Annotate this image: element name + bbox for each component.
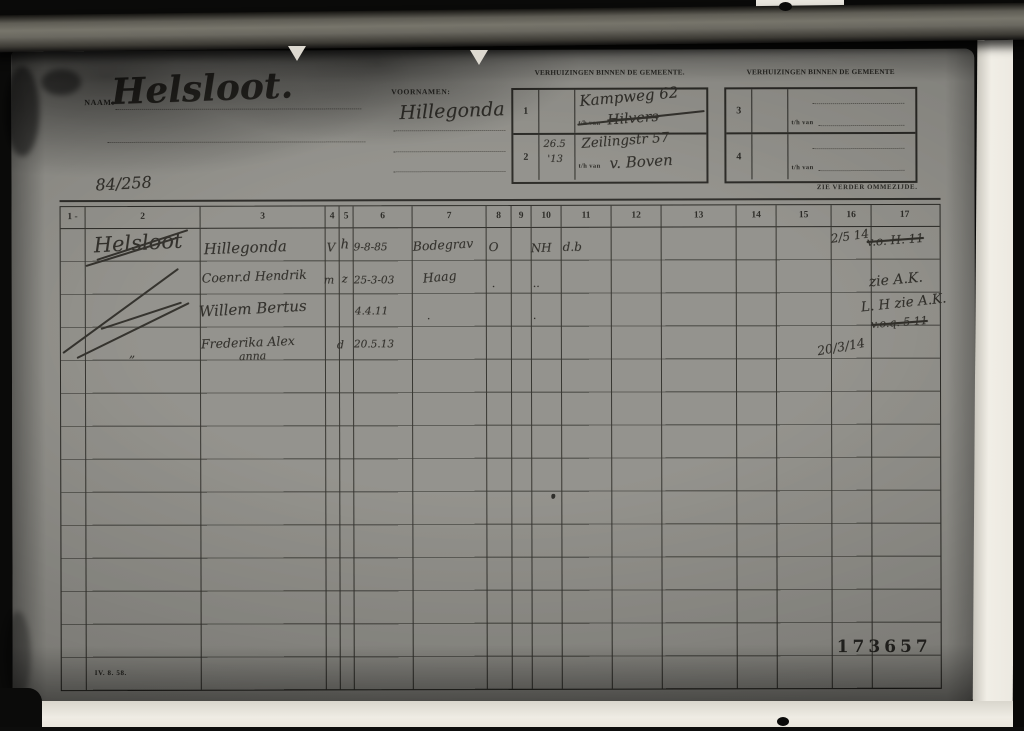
punch-dot-bottom: [777, 717, 789, 726]
birthdate-handwritten: 25-3-03: [354, 275, 395, 286]
table-grid-lines: [61, 227, 941, 690]
th-van-label: t/h van: [578, 163, 600, 170]
voornamen-handwritten: Hillegonda: [399, 100, 505, 123]
verhuizing-row-number: 4: [726, 134, 752, 179]
paper-tear: [470, 50, 488, 65]
ditto-mark: .: [427, 310, 431, 321]
blank-line: [812, 103, 904, 104]
firstname-continued-handwritten: anna: [239, 350, 267, 362]
verhuizingen-right-box: 3 t/h van 4 t/h van: [724, 87, 917, 184]
ditto-mark: .: [492, 278, 496, 289]
table-header-row: 1 - 2 3 4 5 6 7 8 9 10 11 12 13 14 15 16…: [61, 205, 940, 229]
column-header: 9: [512, 206, 532, 227]
voornamen-ruled-line: [393, 130, 505, 131]
verhuizing-date-cell: [752, 89, 788, 132]
verhuizing-entry-cell: t/h van: [788, 134, 915, 179]
verhuizing-row-2: 2 26.5 '13 Zeilingstr 57 t/h van v. Bove…: [513, 134, 706, 180]
blank-line: [812, 148, 904, 149]
column-header: 16: [832, 205, 872, 226]
ditto-mark: .: [533, 310, 537, 321]
column-header: 2: [86, 207, 201, 228]
scan-artifact: [5, 66, 39, 156]
form-code: IV. 8. 58.: [95, 669, 127, 677]
blank-line: [818, 170, 904, 171]
voornamen-ruled-line: [393, 151, 505, 152]
firstname-handwritten: Hillegonda: [203, 239, 287, 257]
relation-handwritten: h: [341, 238, 349, 251]
table-top-rule: [60, 198, 941, 202]
verhuizing-row-number: 1: [513, 90, 539, 133]
verhuizingen-right-title: VERHUIZINGEN BINNEN DE GEMEENTE: [724, 68, 917, 77]
move-date-handwritten: 26.5: [543, 140, 565, 150]
birthdate-handwritten: 9-8-85: [354, 242, 388, 253]
voornamen-label: VOORNAMEN:: [391, 87, 450, 96]
verhuizing-entry-cell: Zeilingstr 57 t/h van v. Boven: [575, 134, 706, 179]
blank-line: [818, 125, 904, 126]
table-body: Helsloot Hillegonda V h 9-8-85 Bodegrav …: [61, 227, 941, 690]
verhuizing-date-cell: [539, 90, 575, 133]
verhuizing-entry-cell: t/h van: [788, 89, 915, 132]
sex-handwritten: V: [327, 241, 336, 253]
address-handwritten: Kampweg 62: [579, 85, 679, 109]
verhuizing-row-3: 3 t/h van: [726, 89, 915, 134]
column-header: 11: [562, 206, 612, 227]
birthplace-handwritten: Bodegrav: [412, 237, 473, 253]
verhuizing-date-cell: [752, 134, 788, 179]
birthdate-handwritten: 4.4.11: [355, 306, 388, 317]
scan-artifact: [41, 69, 81, 95]
scan-edge-right: [1013, 0, 1024, 731]
sex-handwritten: m: [324, 274, 334, 285]
punch-dot-top: [779, 2, 792, 11]
column-header: 8: [487, 206, 512, 227]
zie-verder-note: ZIE VERDER OMMEZIJDE.: [786, 184, 917, 191]
column-header: 5: [340, 206, 354, 227]
naam-ruled-line: [107, 141, 365, 143]
register-table: 1 - 2 3 4 5 6 7 8 9 10 11 12 13 14 15 16…: [60, 204, 942, 691]
backing-paper-right: [973, 24, 1018, 731]
verhuizingen-left-title: VERHUIZINGEN BINNEN DE GEMEENTE.: [511, 68, 708, 77]
verhuizing-row-4: 4 t/h van: [726, 134, 915, 179]
column-header: 12: [612, 206, 662, 227]
photostat-scan: NAAM: Helsloot. VOORNAMEN: Hillegonda 84…: [0, 0, 1024, 731]
naam-label: NAAM:: [84, 98, 115, 107]
th-van-label: t/h van: [791, 119, 813, 126]
verhuizing-entry-cell: Kampweg 62 t/h van Hilvers: [575, 89, 706, 132]
column-header: 3: [201, 206, 326, 227]
column-header: 13: [662, 205, 737, 226]
serial-number-stamp: 173657: [837, 637, 932, 657]
verhuizing-row-number: 2: [513, 135, 539, 180]
move-date-year-handwritten: '13: [547, 155, 563, 165]
verhuizing-date-cell: 26.5 '13: [539, 135, 575, 180]
ditto-mark: ..: [533, 278, 540, 289]
verhuizing-row-number: 3: [726, 89, 752, 132]
scan-corner-shadow: [0, 688, 42, 731]
relation-handwritten: d: [337, 339, 344, 350]
address-handwritten: Zeilingstr 57: [581, 131, 670, 151]
birthplace-handwritten: Haag: [422, 270, 457, 285]
column-header: 1 -: [61, 207, 86, 228]
verhuizingen-left-box: 1 Kampweg 62 t/h van Hilvers 2 26.5 '13 …: [511, 87, 708, 184]
scan-edge-bottom: [0, 727, 1024, 731]
column-header: 6: [354, 206, 413, 227]
th-van-label: t/h van: [791, 164, 813, 171]
column-header: 4: [326, 206, 340, 227]
register-number-handwritten: 84/258: [95, 174, 152, 193]
register-card: NAAM: Helsloot. VOORNAMEN: Hillegonda 84…: [11, 49, 976, 706]
religion-handwritten: NH: [530, 241, 551, 254]
note-handwritten: d.b: [563, 241, 582, 253]
voornamen-ruled-line: [393, 171, 505, 172]
verhuizing-row-1: 1 Kampweg 62 t/h van Hilvers: [513, 89, 706, 135]
binding-bar: [0, 3, 1024, 53]
column-header: 15: [777, 205, 832, 226]
column-header: 17: [872, 205, 938, 226]
ditto-mark: „: [129, 347, 135, 359]
paper-tear: [288, 46, 306, 61]
column-header: 14: [737, 205, 777, 226]
previous-address-handwritten: v. Boven: [609, 153, 673, 171]
relation-handwritten: z: [342, 273, 348, 284]
naam-handwritten: Helsloot.: [111, 67, 294, 110]
column-header: 10: [532, 206, 562, 227]
column-header: 7: [413, 206, 487, 227]
birthdate-handwritten: 20.5.13: [354, 339, 394, 350]
entry-mark-handwritten: O: [489, 241, 499, 253]
